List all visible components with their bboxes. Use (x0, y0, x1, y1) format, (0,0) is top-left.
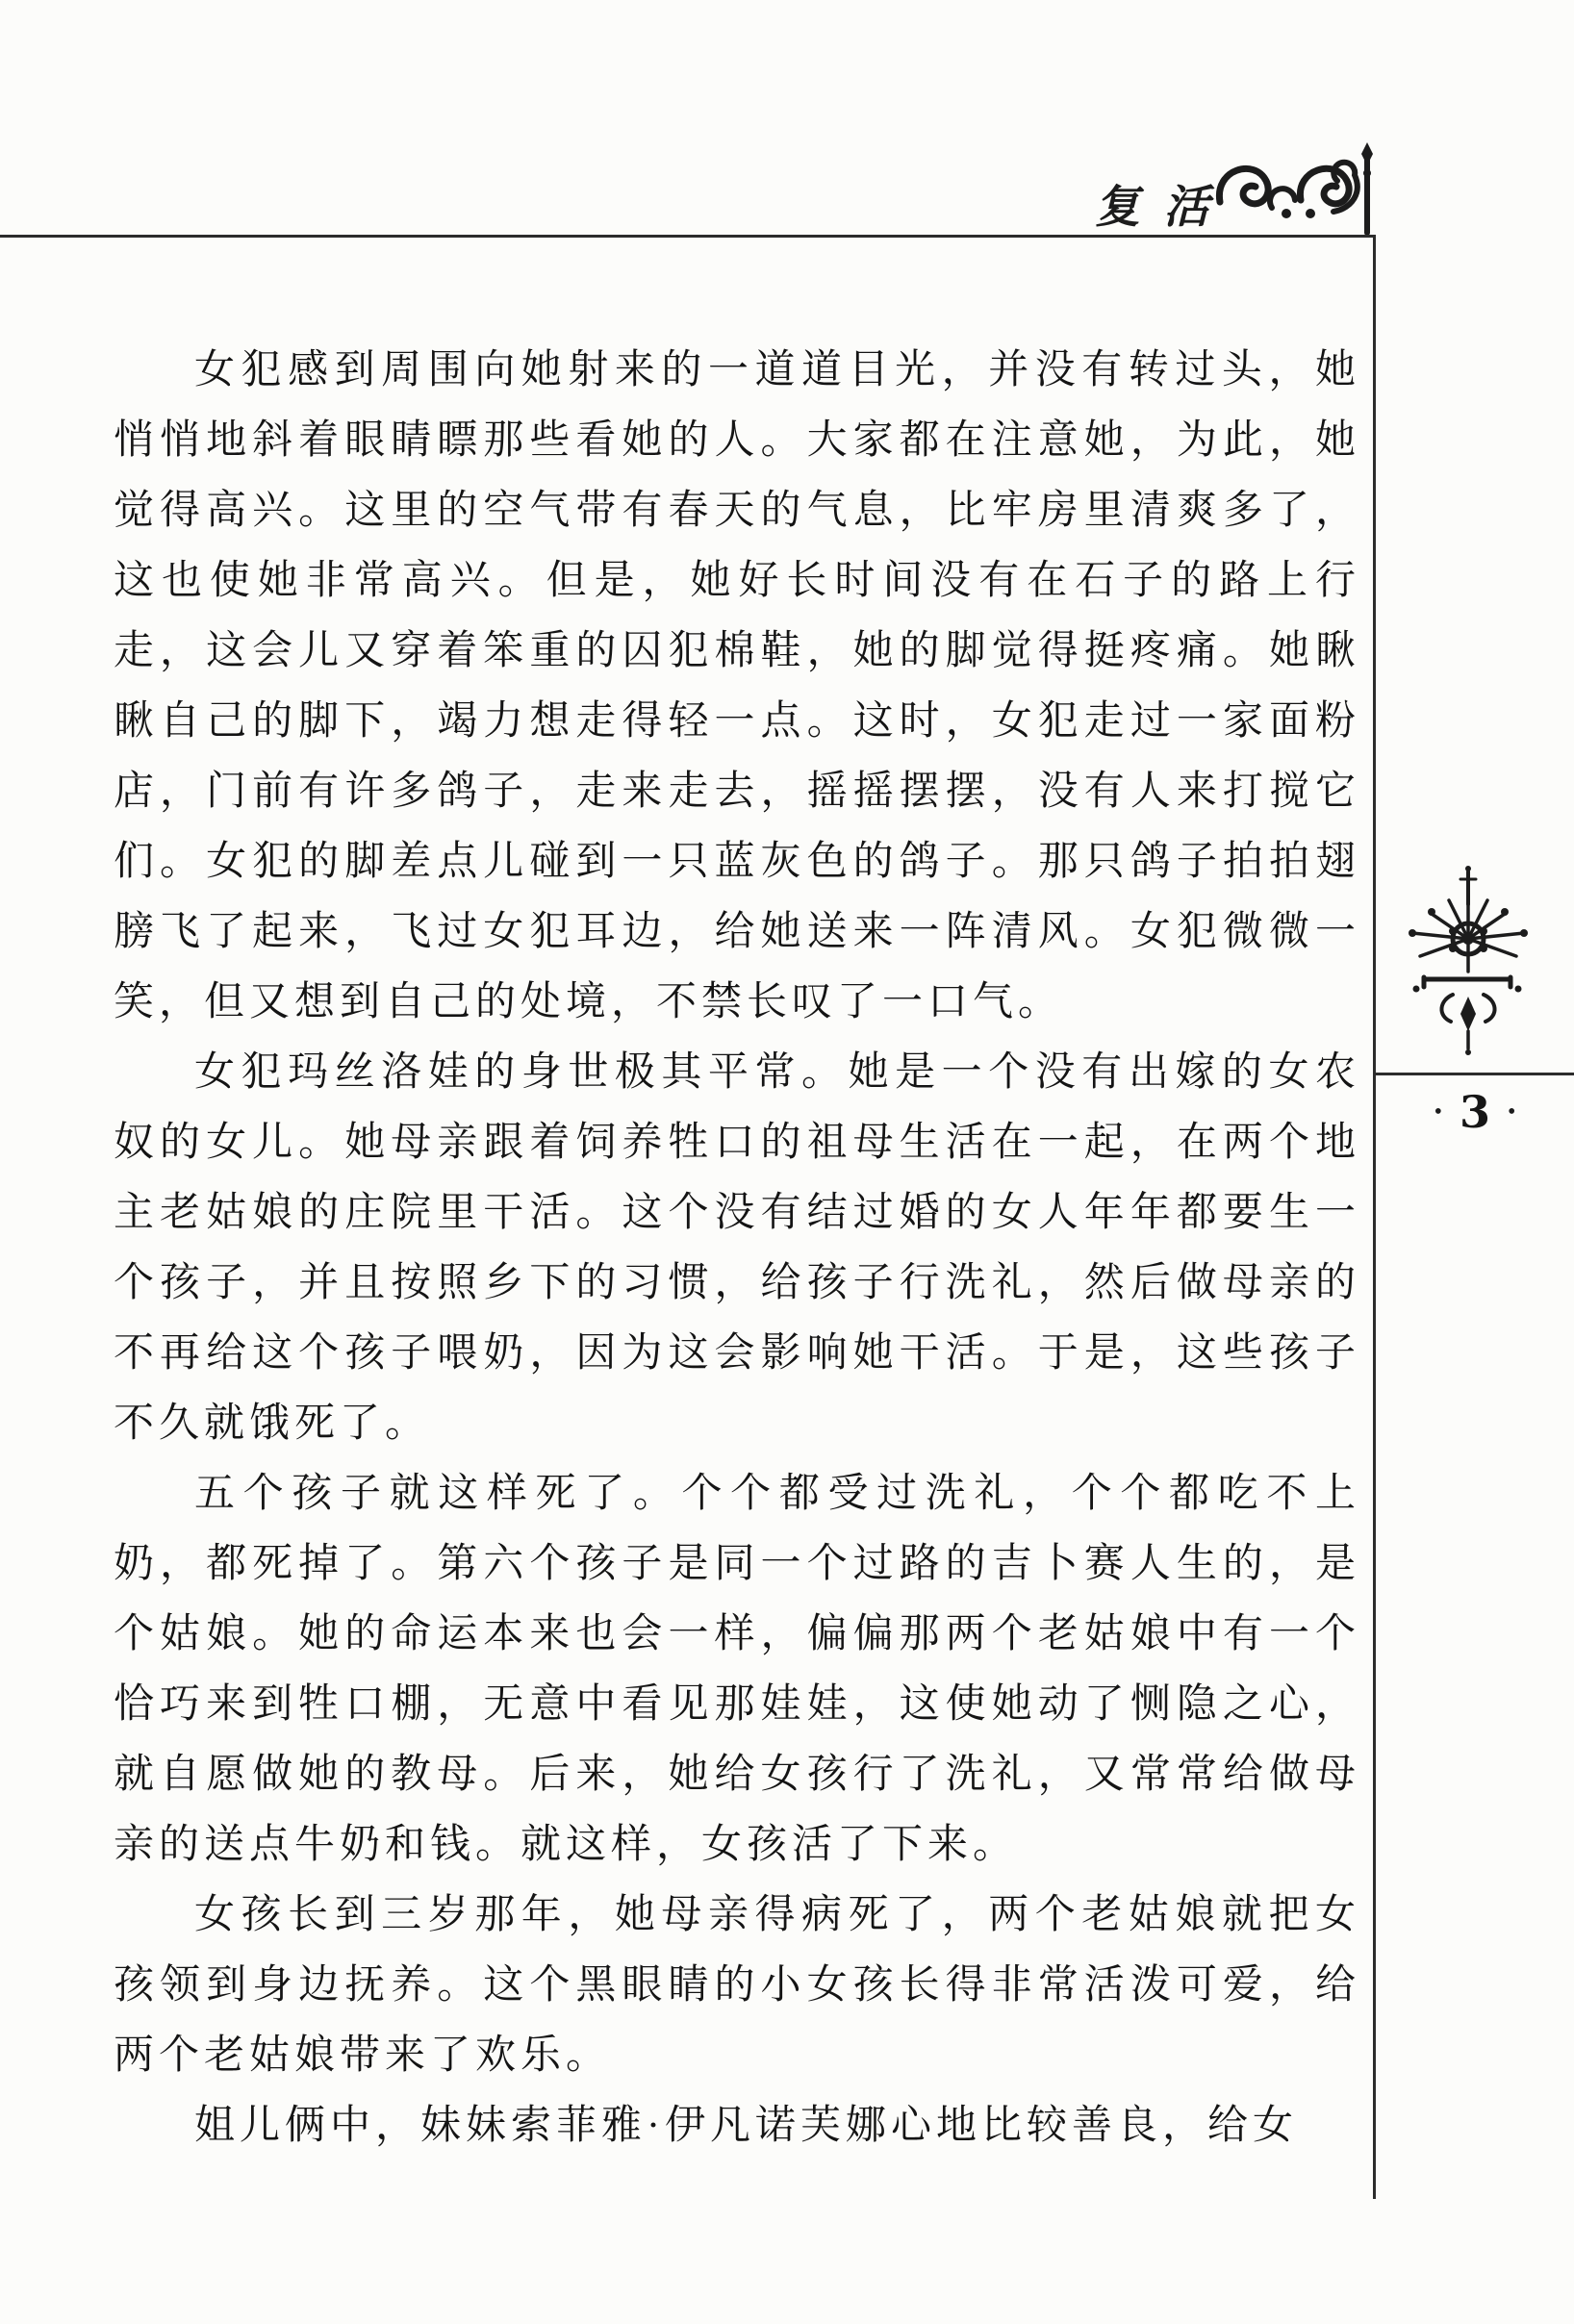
header-rule (0, 235, 1375, 238)
body-text: 女犯感到周围向她射来的一道道目光，并没有转过头，她悄悄地斜着眼睛瞟那些看她的人。… (114, 336, 1360, 2161)
page-number-right-dot: • (1508, 1100, 1515, 1124)
paragraph: 女孩长到三岁那年，她母亲得病死了，两个老姑娘就把女孩领到身边抚养。这个黑眼睛的小… (114, 1881, 1360, 2091)
book-page: 复活 (0, 0, 1574, 2324)
paragraph: 女犯玛丝洛娃的身世极其平常。她是一个没有出嫁的女农奴的女儿。她母亲跟着饲养牲口的… (114, 1038, 1360, 1459)
margin-rule (1373, 235, 1376, 2199)
paragraph: 姐儿俩中，妹妹索菲雅·伊凡诺芙娜心地比较善良，给女 (114, 2091, 1360, 2161)
paragraph: 女犯感到周围向她射来的一道道目光，并没有转过头，她悄悄地斜着眼睛瞟那些看她的人。… (114, 336, 1360, 1038)
page-number-value: 3 (1460, 1090, 1490, 1134)
paragraph: 五个孩子就这样死了。个个都受过洗礼，个个都吃不上奶，都死掉了。第六个孩子是同一个… (114, 1459, 1360, 1881)
floral-diamond-ornament-icon (1397, 864, 1539, 1056)
scroll-flourish-icon (1210, 140, 1376, 237)
page-number: • 3 • (1376, 1077, 1574, 1147)
page-number-left-dot: • (1434, 1100, 1442, 1124)
page-number-rule (1376, 1073, 1574, 1075)
